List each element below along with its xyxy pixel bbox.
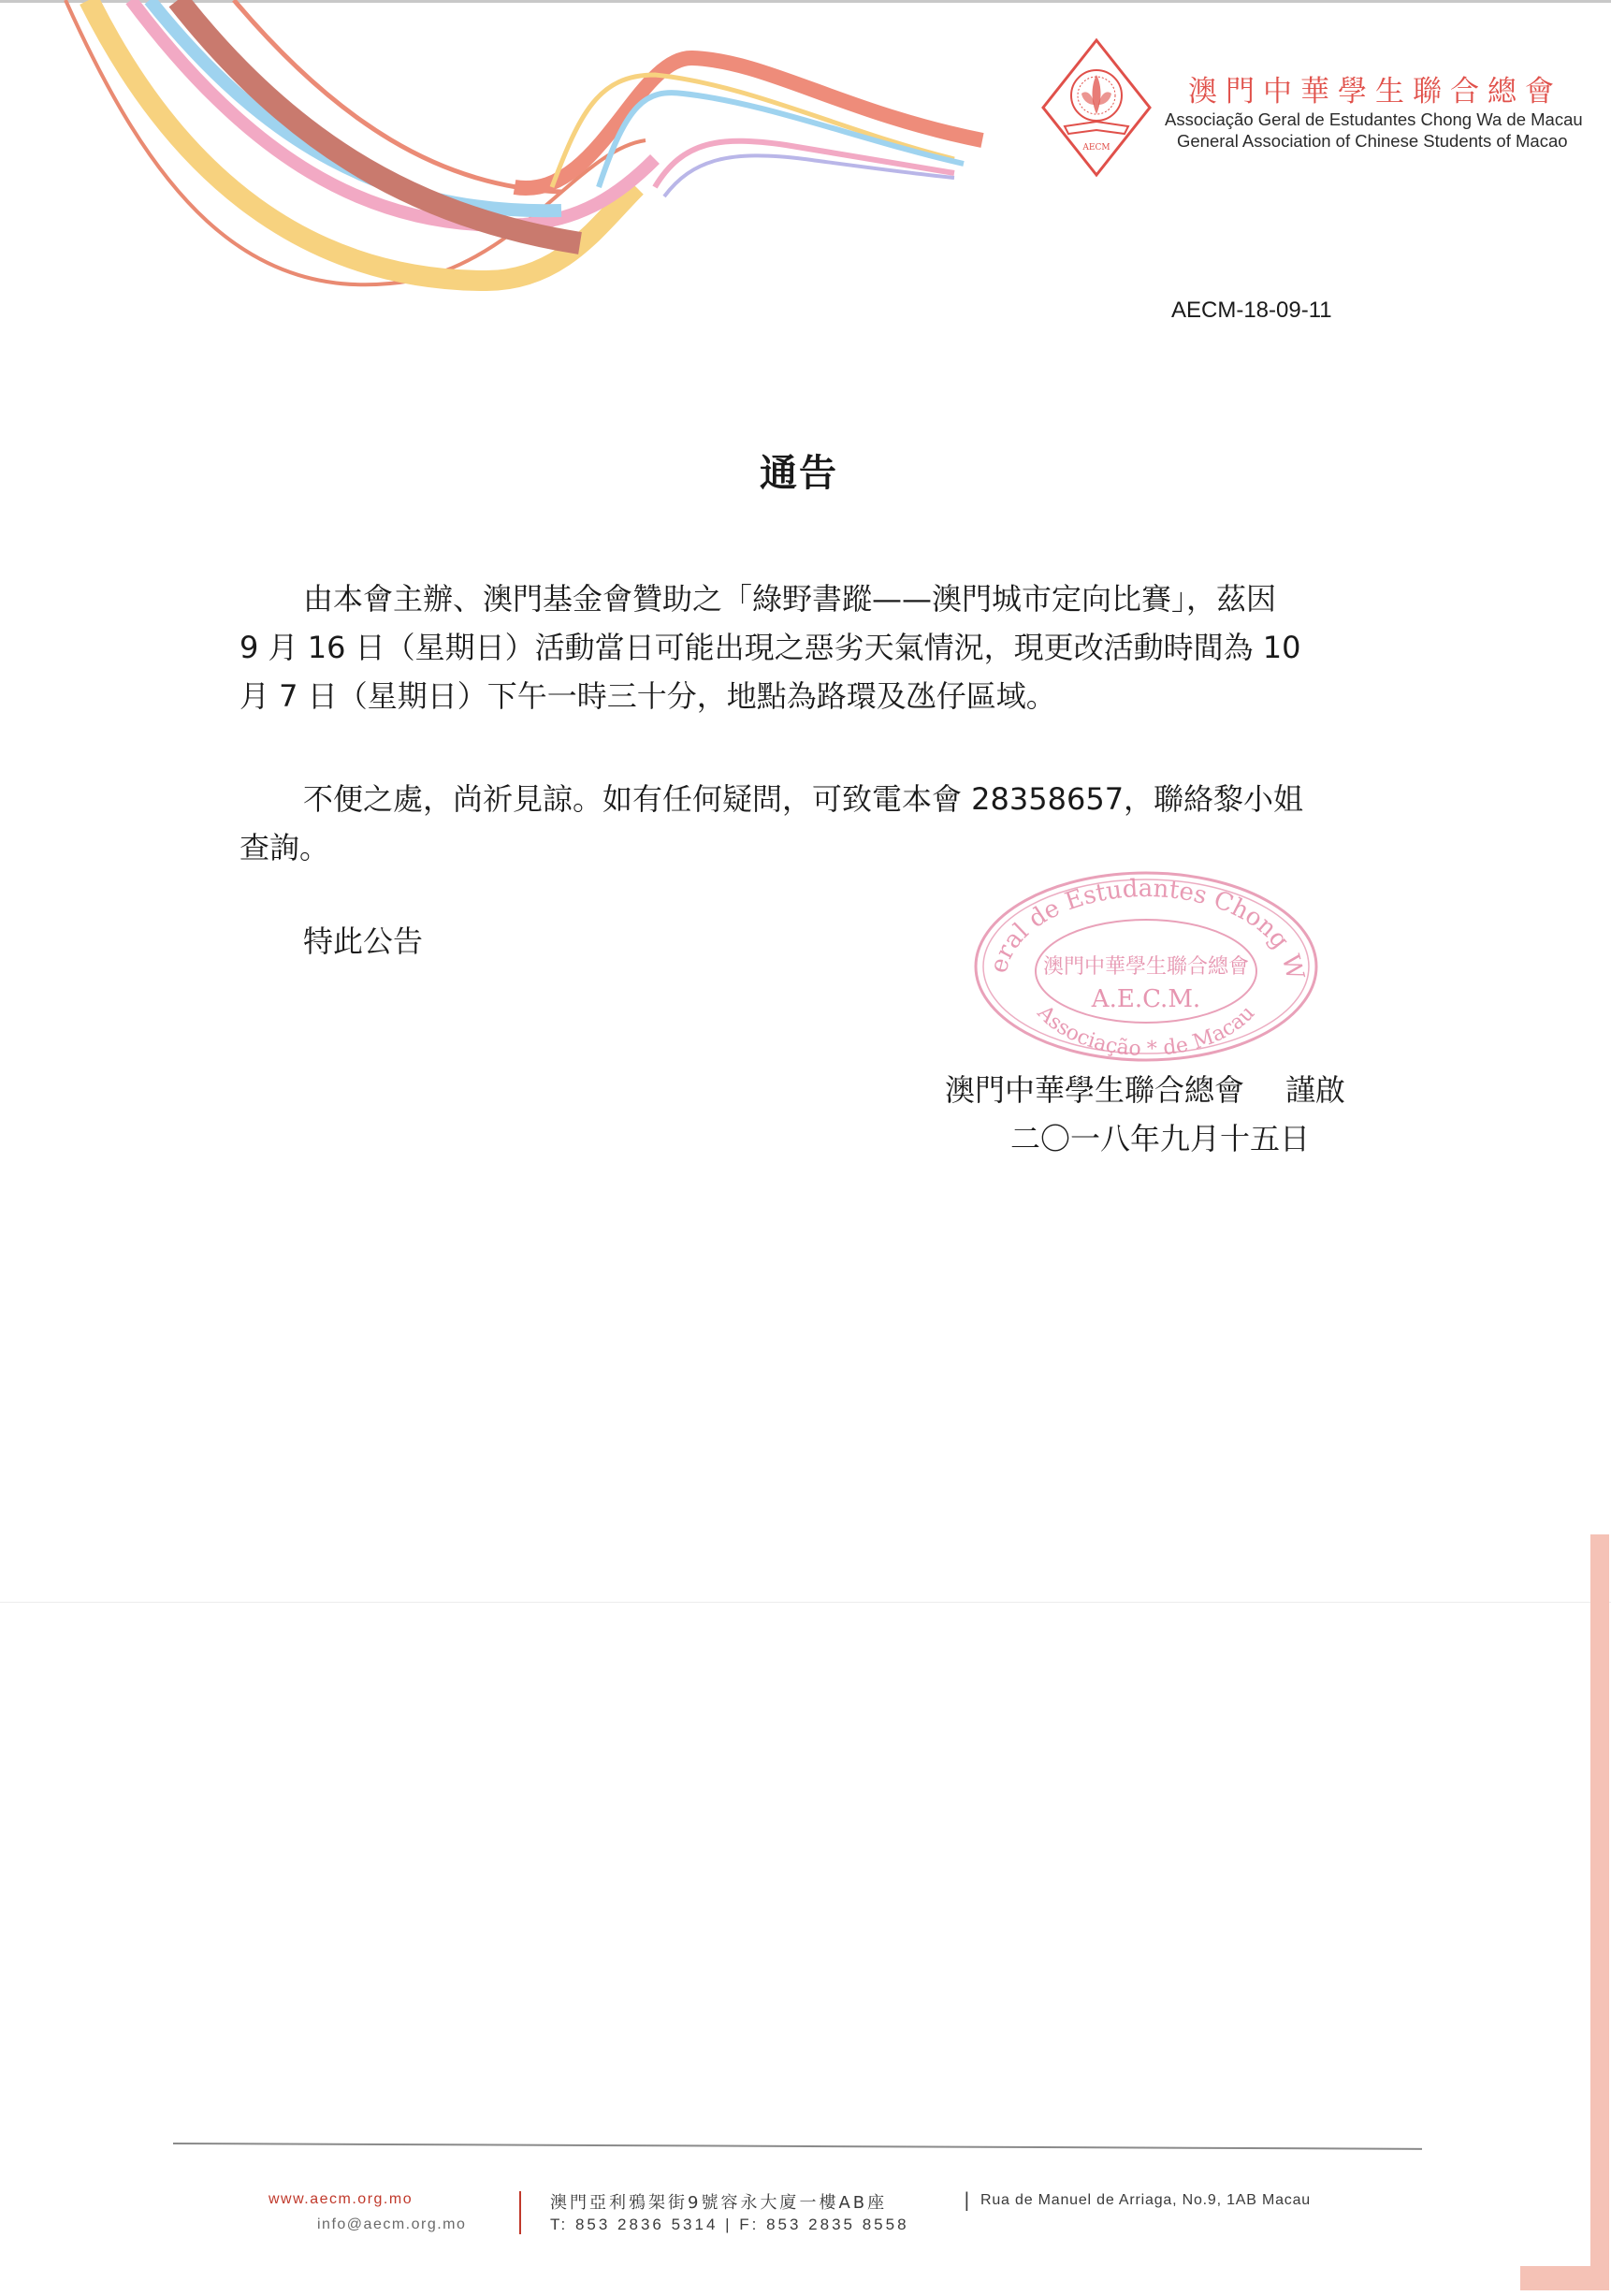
org-name-english: General Association of Chinese Students … bbox=[1177, 131, 1568, 152]
decorative-side-bar bbox=[1590, 1534, 1609, 2283]
notice-title: 通告 bbox=[760, 443, 838, 497]
aecm-logo-icon: AECM bbox=[1040, 37, 1153, 178]
footer-email-link[interactable]: info@aecm.org.mo bbox=[317, 2216, 466, 2233]
notice-paragraph-1: 由本會主辦、澳門基金會贊助之「綠野書蹤——澳門城市定向比賽」，茲因 9 月 16… bbox=[239, 574, 1372, 720]
footer-website-link[interactable]: www.aecm.org.mo bbox=[268, 2191, 413, 2208]
svg-text:澳門中華學生聯合總會: 澳門中華學生聯合總會 bbox=[1043, 955, 1249, 979]
footer-address-chinese: 澳門亞利鴉架街9號容永大廈一樓AB座 bbox=[550, 2189, 887, 2214]
signature-organization: 澳門中華學生聯合總會謹啟 bbox=[945, 1067, 1345, 1110]
signature-suffix: 謹啟 bbox=[1285, 1072, 1345, 1108]
signature-date: 二〇一八年九月十五日 bbox=[1010, 1115, 1310, 1158]
org-name-chinese: 澳門中華學生聯合總會 bbox=[1188, 67, 1562, 109]
paragraph-line: 9 月 16 日（星期日）活動當日可能出現之惡劣天氣情況，現更改活動時間為 10 bbox=[239, 623, 1372, 672]
paragraph-line: 由本會主辦、澳門基金會贊助之「綠野書蹤——澳門城市定向比賽」，茲因 bbox=[239, 574, 1372, 623]
footer-address-portuguese: Rua de Manuel de Arriaga, No.9, 1AB Maca… bbox=[980, 2192, 1311, 2209]
svg-text:AECM: AECM bbox=[1081, 143, 1110, 153]
reference-number: AECM-18-09-11 bbox=[1171, 298, 1332, 324]
org-name-portuguese: Associação Geral de Estudantes Chong Wa … bbox=[1165, 109, 1583, 130]
paragraph-line: 不便之處，尚祈見諒。如有任何疑問，可致電本會 28358657，聯絡黎小姐 bbox=[239, 775, 1372, 823]
footer-vertical-divider bbox=[519, 2191, 521, 2234]
decorative-corner-bar bbox=[1520, 2266, 1609, 2290]
footer-divider bbox=[173, 2143, 1422, 2150]
svg-text:A.E.C.M.: A.E.C.M. bbox=[1091, 985, 1200, 1013]
signature-org-name: 澳門中華學生聯合總會 bbox=[945, 1072, 1244, 1108]
paragraph-line: 查詢。 bbox=[239, 823, 1372, 872]
paragraph-line: 月 7 日（星期日）下午一時三十分，地點為路環及氹仔區域。 bbox=[239, 672, 1372, 720]
footer-phone-fax: T: 853 2836 5314 | F: 853 2835 8558 bbox=[550, 2216, 909, 2234]
footer-separator: | bbox=[964, 2188, 970, 2211]
official-seal-stamp: Geral de Estudantes Chong Wa Associação … bbox=[968, 868, 1324, 1065]
page-fold-line bbox=[0, 1602, 1611, 1603]
notice-paragraph-2: 不便之處，尚祈見諒。如有任何疑問，可致電本會 28358657，聯絡黎小姐 查詢… bbox=[239, 775, 1372, 872]
decorative-ribbons-graphic bbox=[0, 0, 1029, 299]
